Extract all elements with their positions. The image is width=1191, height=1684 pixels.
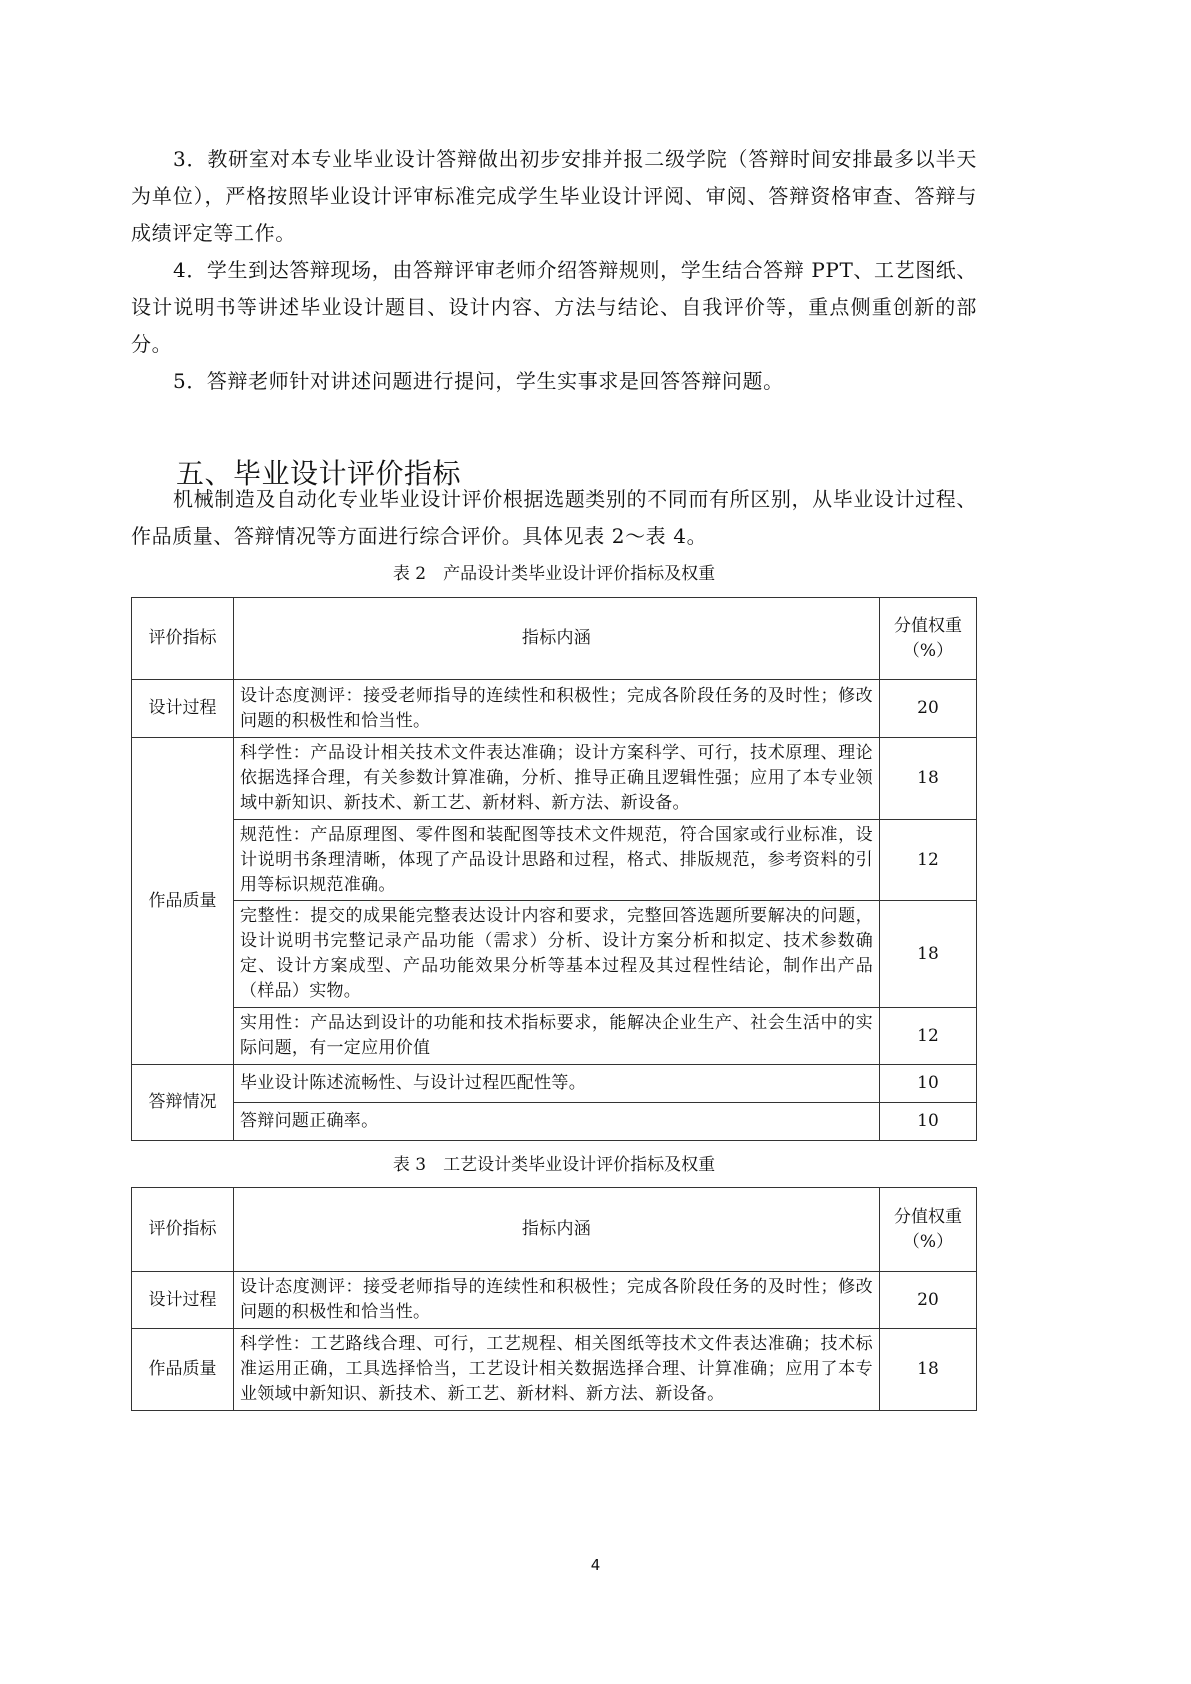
header-content: 指标内涵 (234, 598, 880, 680)
table2: 评价指标 指标内涵 分值权重（%） 设计过程 设计态度测评：接受老师指导的连续性… (131, 597, 977, 1141)
table-row: 答辩情况 毕业设计陈述流畅性、与设计过程匹配性等。 10 (132, 1065, 977, 1103)
table-row: 设计过程 设计态度测评：接受老师指导的连续性和积极性；完成各阶段任务的及时性；修… (132, 1272, 977, 1329)
table-row: 实用性：产品达到设计的功能和技术指标要求，能解决企业生产、社会生活中的实际问题，… (132, 1008, 977, 1065)
row-content: 科学性：工艺路线合理、可行，工艺规程、相关图纸等技术文件表达准确；技术标准运用正… (234, 1329, 880, 1411)
row-weight: 18 (880, 1329, 977, 1411)
group-process: 设计过程 (132, 680, 234, 738)
table3-caption: 表 3 工艺设计类毕业设计评价指标及权重 (131, 1153, 977, 1177)
header-weight: 分值权重（%） (880, 1188, 977, 1272)
table-header-row: 评价指标 指标内涵 分值权重（%） (132, 598, 977, 680)
row-weight: 10 (880, 1103, 977, 1141)
row-weight: 18 (880, 901, 977, 1008)
row-content: 毕业设计陈述流畅性、与设计过程匹配性等。 (234, 1065, 880, 1103)
group-process: 设计过程 (132, 1272, 234, 1329)
row-content: 实用性：产品达到设计的功能和技术指标要求，能解决企业生产、社会生活中的实际问题，… (234, 1008, 880, 1065)
row-weight: 20 (880, 1272, 977, 1329)
row-weight: 12 (880, 1008, 977, 1065)
header-weight: 分值权重（%） (880, 598, 977, 680)
table-row: 作品质量 科学性：工艺路线合理、可行，工艺规程、相关图纸等技术文件表达准确；技术… (132, 1329, 977, 1411)
group-quality: 作品质量 (132, 738, 234, 1065)
table2-caption: 表 2 产品设计类毕业设计评价指标及权重 (131, 562, 977, 586)
table-row: 作品质量 科学性：产品设计相关技术文件表达准确；设计方案科学、可行，技术原理、理… (132, 738, 977, 820)
table3: 评价指标 指标内涵 分值权重（%） 设计过程 设计态度测评：接受老师指导的连续性… (131, 1187, 977, 1411)
section-intro: 机械制造及自动化专业毕业设计评价根据选题类别的不同而有所区别，从毕业设计过程、作… (131, 481, 977, 555)
row-content: 设计态度测评：接受老师指导的连续性和积极性；完成各阶段任务的及时性；修改问题的积… (234, 1272, 880, 1329)
document-page: 3．教研室对本专业毕业设计答辩做出初步安排并报二级学院（答辩时间安排最多以半天为… (0, 0, 1191, 1684)
row-weight: 10 (880, 1065, 977, 1103)
table-row: 答辩问题正确率。 10 (132, 1103, 977, 1141)
paragraph-item-5: 5．答辩老师针对讲述问题进行提问，学生实事求是回答答辩问题。 (131, 363, 977, 400)
table-row: 规范性：产品原理图、零件图和装配图等技术文件规范，符合国家或行业标准，设计说明书… (132, 820, 977, 901)
table-row: 设计过程 设计态度测评：接受老师指导的连续性和积极性；完成各阶段任务的及时性；修… (132, 680, 977, 738)
header-indicator: 评价指标 (132, 598, 234, 680)
row-weight: 18 (880, 738, 977, 820)
paragraph-item-4: 4．学生到达答辩现场，由答辩评审老师介绍答辩规则，学生结合答辩 PPT、工艺图纸… (131, 252, 977, 363)
paragraph-item-3: 3．教研室对本专业毕业设计答辩做出初步安排并报二级学院（答辩时间安排最多以半天为… (131, 141, 977, 252)
page-number: 4 (0, 1556, 1191, 1574)
row-content: 科学性：产品设计相关技术文件表达准确；设计方案科学、可行，技术原理、理论依据选择… (234, 738, 880, 820)
header-content: 指标内涵 (234, 1188, 880, 1272)
table-row: 完整性：提交的成果能完整表达设计内容和要求，完整回答选题所要解决的问题，设计说明… (132, 901, 977, 1008)
header-indicator: 评价指标 (132, 1188, 234, 1272)
group-defense: 答辩情况 (132, 1065, 234, 1141)
row-content: 设计态度测评：接受老师指导的连续性和积极性；完成各阶段任务的及时性；修改问题的积… (234, 680, 880, 738)
row-content: 答辩问题正确率。 (234, 1103, 880, 1141)
group-quality: 作品质量 (132, 1329, 234, 1411)
table-header-row: 评价指标 指标内涵 分值权重（%） (132, 1188, 977, 1272)
row-weight: 20 (880, 680, 977, 738)
row-weight: 12 (880, 820, 977, 901)
row-content: 完整性：提交的成果能完整表达设计内容和要求，完整回答选题所要解决的问题，设计说明… (234, 901, 880, 1008)
row-content: 规范性：产品原理图、零件图和装配图等技术文件规范，符合国家或行业标准，设计说明书… (234, 820, 880, 901)
